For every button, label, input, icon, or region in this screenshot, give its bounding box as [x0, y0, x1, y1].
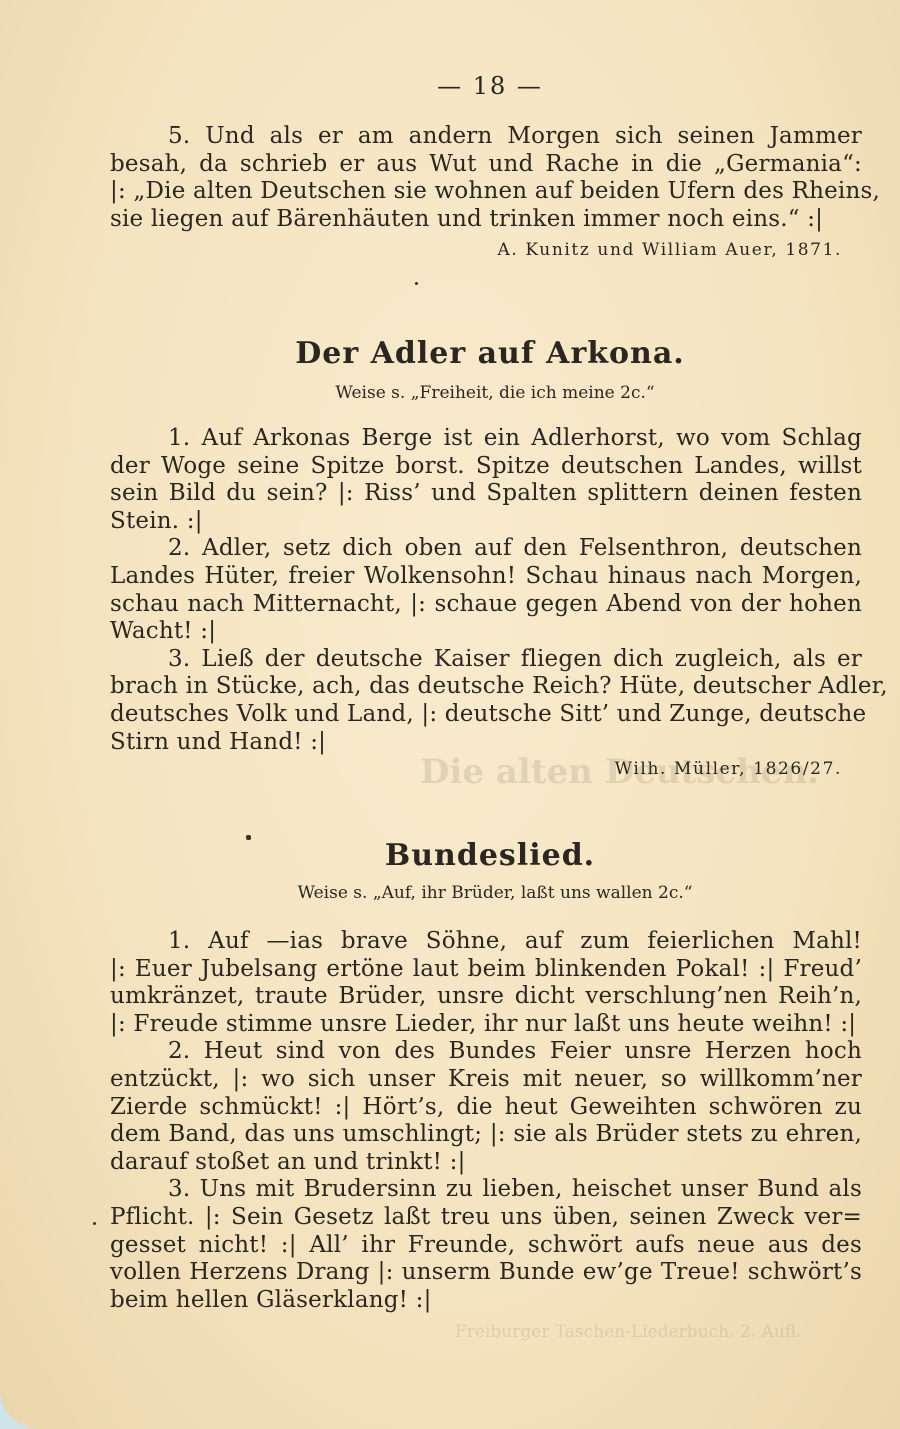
verse-line: 1. Auf —ias brave Söhne, auf zum feierli…: [110, 928, 862, 956]
paper-speck: [93, 1222, 96, 1225]
verse-line: 3. Ließ der deutsche Kaiser fliegen dich…: [110, 646, 862, 674]
verse-line: Stein. :|: [110, 508, 862, 536]
verse-line: vollen Herzens Drang |: unserm Bunde ew’…: [110, 1259, 862, 1287]
verse-line: 2. Heut sind von des Bundes Feier unsre …: [110, 1038, 862, 1066]
verse-line: entzückt, |: wo sich unser Kreis mit neu…: [110, 1066, 862, 1094]
verse-line: |: Freude stimme unsre Lieder, ihr nur l…: [110, 1011, 862, 1039]
verse-line: Landes Hüter, freier Wolkensohn! Schau h…: [110, 563, 862, 591]
song-title-bundeslied: Bundeslied.: [0, 838, 900, 873]
song-title-adler: Der Adler auf Arkona.: [0, 336, 900, 371]
paper-speck: [246, 835, 251, 840]
verse-line: der Woge seine Spitze borst. Spitze deut…: [110, 453, 862, 481]
verse-line: Pflicht. |: Sein Gesetz laßt treu uns üb…: [110, 1204, 862, 1232]
verse-line: sie liegen auf Bärenhäuten und trinken i…: [110, 206, 862, 234]
song-verses-bundeslied: 1. Auf —ias brave Söhne, auf zum feierli…: [110, 928, 862, 1314]
page-number: — 18 —: [0, 72, 900, 100]
verse-line: schau nach Mitternacht, |: schaue gegen …: [110, 591, 862, 619]
verse-line: Wacht! :|: [110, 618, 862, 646]
book-page: Die alten Deutschen. Freiburger Taschen-…: [0, 0, 900, 1429]
verse-line: gesset nicht! :| All’ ihr Freunde, schwö…: [110, 1232, 862, 1260]
verse-line: 5. Und als er am andern Morgen sich sein…: [110, 123, 862, 151]
verse-line: 1. Auf Arkonas Berge ist ein Adlerhorst,…: [110, 425, 862, 453]
verse-line: dem Band, das uns umschlingt; |: sie als…: [110, 1121, 862, 1149]
verse-line: 3. Uns mit Brudersinn zu lieben, heische…: [110, 1176, 862, 1204]
verse-line: darauf stoßet an und trinkt! :|: [110, 1149, 862, 1177]
paper-speck: [415, 282, 418, 285]
verse-line: Zierde schmückt! :| Hört’s, die heut Gew…: [110, 1094, 862, 1122]
verse-line: 2. Adler, setz dich oben auf den Felsent…: [110, 535, 862, 563]
previous-song-verse: 5. Und als er am andern Morgen sich sein…: [110, 123, 862, 233]
previous-song-attribution: A. Kunitz und William Auer, 1871.: [497, 240, 842, 260]
bleed-through-footer: Freiburger Taschen-Liederbuch. 2. Aufl.: [455, 1322, 802, 1342]
verse-line: brach in Stücke, ach, das deutsche Reich…: [110, 673, 862, 701]
verse-line: deutsches Volk und Land, |: deutsche Sit…: [110, 701, 862, 729]
song-verses-adler: 1. Auf Arkonas Berge ist ein Adlerhorst,…: [110, 425, 862, 756]
song-attribution-adler: Wilh. Müller, 1826/27.: [615, 759, 842, 779]
verse-line: beim hellen Gläserklang! :|: [110, 1287, 862, 1315]
song-tune-adler: Weise s. „Freiheit, die ich meine 2c.“: [0, 383, 900, 403]
verse-line: umkränzet, traute Brüder, unsre dicht ve…: [110, 983, 862, 1011]
verse-line: Stirn und Hand! :|: [110, 729, 862, 757]
verse-line: |: „Die alten Deutschen sie wohnen auf b…: [110, 178, 862, 206]
song-tune-bundeslied: Weise s. „Auf, ihr Brüder, laßt uns wall…: [0, 883, 900, 903]
verse-line: |: Euer Jubelsang ertöne laut beim blink…: [110, 956, 862, 984]
verse-line: sein Bild du sein? |: Riss’ und Spalten …: [110, 480, 862, 508]
verse-line: besah, da schrieb er aus Wut und Rache i…: [110, 151, 862, 179]
